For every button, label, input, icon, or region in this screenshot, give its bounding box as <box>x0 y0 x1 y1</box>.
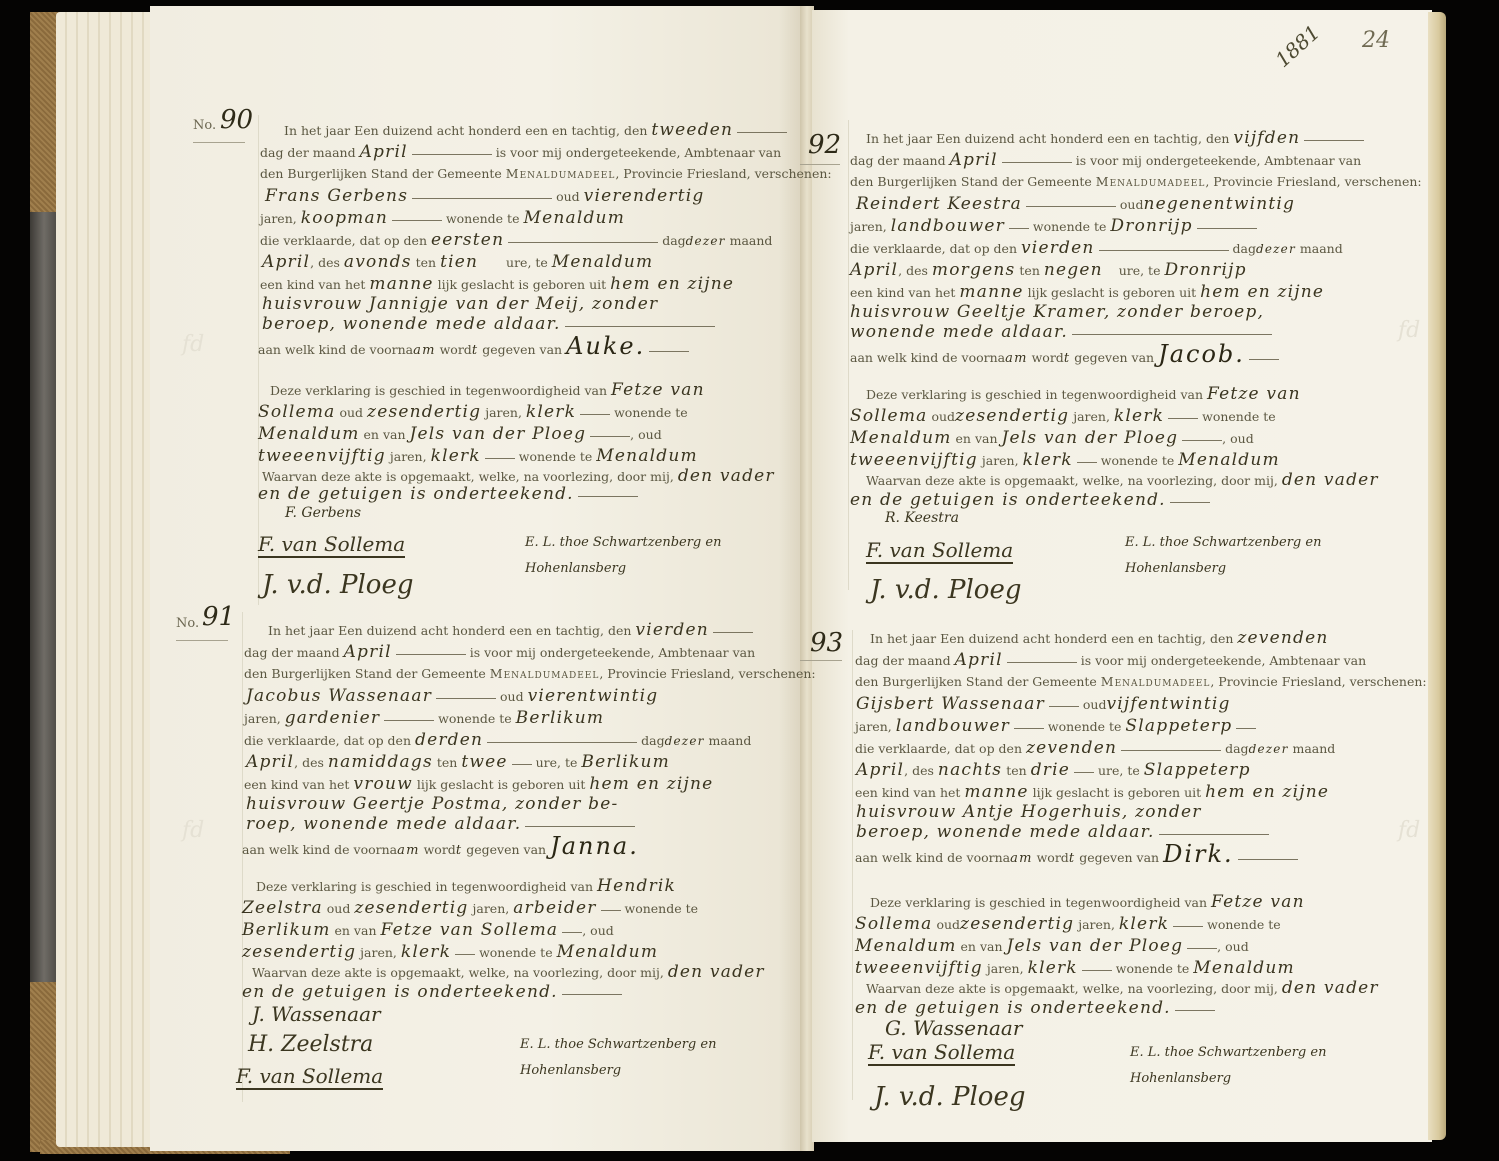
printed-text: Deze verklaring is geschied in tegenwoor… <box>256 879 593 894</box>
registration-day: vierden <box>635 620 709 640</box>
child-given-name: Jacob. <box>1158 340 1245 368</box>
witness-2-name: Jels van der Ploeg <box>1007 936 1184 956</box>
parents-line-3: roep, wonende mede aldaar. <box>246 814 521 834</box>
printed-text: wonende te <box>446 211 520 226</box>
birth-day: derden <box>415 730 483 750</box>
declaration-line-6: en de getuigen is onderteekend. <box>855 1000 1215 1017</box>
printed-text: word <box>424 842 456 857</box>
witness-1-surname: Zeelstra <box>242 898 323 918</box>
witness-2-residence: Menaldum <box>1193 958 1295 978</box>
declaration-line-2: Zeelstra oud zesendertig jaren, arbeider… <box>242 900 698 917</box>
record-no-label: No. <box>193 118 216 133</box>
printed-text: aan welk kind de voorna <box>258 342 413 357</box>
form-line-11: aan welk kind de voornaam wordt gegeven … <box>258 338 689 359</box>
witness-2-age: tweeenvijftig <box>850 450 978 470</box>
printed-text: een kind van het <box>850 285 955 300</box>
child-given-name: Janna. <box>550 832 639 860</box>
declaration-line-5: Waarvan deze akte is opgemaakt, welke, n… <box>866 980 1379 997</box>
bleed-through-mark: fd <box>1398 318 1420 343</box>
signature-witness-1: H. Zeelstra <box>248 1032 373 1057</box>
printed-text: gegeven van <box>466 842 546 857</box>
witness-1-residence: Berlikum <box>242 920 331 940</box>
printed-text: ure, te <box>506 255 548 270</box>
printed-text: is voor mij ondergeteekende, Ambtenaar v… <box>470 645 755 660</box>
declaration-line-4: tweeenvijftig jaren, klerk wonende te Me… <box>258 448 698 465</box>
birth-day: zevenden <box>1026 738 1117 758</box>
signature-witness-2: J. v.d. Ploeg <box>262 570 413 600</box>
form-line-5: jaren, landbouwer wonende te Dronrijp <box>850 218 1257 235</box>
form-line-7: April, des nachts ten drie ure, te Slapp… <box>856 762 1251 779</box>
signers-line-1: den vader <box>1282 470 1379 490</box>
printed-text: maand <box>1293 741 1336 756</box>
printed-text: Deze verklaring is geschied in tegenwoor… <box>270 383 607 398</box>
declaration-line-5: Waarvan deze akte is opgemaakt, welke, n… <box>252 964 765 981</box>
printed-text: In het jaar Een duizend acht honderd een… <box>866 131 1229 146</box>
signature-witness-1: F. van Sollema <box>866 538 1013 564</box>
printed-text: jaren, <box>850 219 887 234</box>
printed-text: In het jaar Een duizend acht honderd een… <box>870 631 1233 646</box>
witness-2-occupation: klerk <box>431 446 481 466</box>
form-line-4: Reindert Keestra oudnegenentwintig <box>856 196 1295 213</box>
form-line-10: wonende mede aldaar. <box>850 324 1272 341</box>
printed-text: jaren, <box>244 711 281 726</box>
witness-1-surname: Sollema <box>258 402 335 422</box>
printed-text: dag <box>1225 741 1248 756</box>
declaration-line-3: Menaldum en van Jels van der Ploeg , oud <box>855 938 1249 955</box>
birth-place: Slappeterp <box>1144 760 1251 780</box>
printed-text: dag der maand <box>855 653 951 668</box>
declaration-line-4: zesendertig jaren, klerk wonende te Mena… <box>242 944 658 961</box>
printed-text: die verklaarde, dat op den <box>850 241 1017 256</box>
voornaam-suffix: am <box>413 343 435 358</box>
municipality-name: Menaldumadeel <box>506 166 616 181</box>
printed-text: jaren, <box>982 453 1019 468</box>
printed-text: Deze verklaring is geschied in tegenwoor… <box>866 387 1203 402</box>
witness-1-occupation: klerk <box>526 402 576 422</box>
form-line-8: een kind van het manne lijk geslacht is … <box>850 284 1324 301</box>
printed-text: ten <box>437 755 457 770</box>
form-line-9: huisvrouw Jannigje van der Meij, zonder <box>262 296 658 313</box>
declaration-line-6: en de getuigen is onderteekend. <box>242 984 622 1001</box>
printed-text: , Provincie Friesland, verschenen: <box>615 166 831 181</box>
printed-text: oud <box>1083 697 1107 712</box>
form-line-8: een kind van het manne lijk geslacht is … <box>260 276 734 293</box>
birth-hour: negen <box>1044 260 1103 280</box>
witness-1-age: zesendertig <box>367 402 481 422</box>
printed-text: en van <box>956 431 998 446</box>
printed-text: , oud <box>582 923 614 938</box>
signers-line-2: en de getuigen is onderteekend. <box>855 998 1171 1018</box>
form-line-11: aan welk kind de voornaam wordt gegeven … <box>855 846 1298 867</box>
witness-2-residence: Menaldum <box>557 942 659 962</box>
wordt-suffix: t <box>472 343 478 358</box>
printed-text: wonende te <box>1033 219 1107 234</box>
witness-2-name: Jels van der Ploeg <box>410 424 587 444</box>
form-line-3: den Burgerlijken Stand der Gemeente Mena… <box>244 666 816 682</box>
form-line-5: jaren, gardenier wonende te Berlikum <box>244 710 604 727</box>
witness-1-name: Fetze van <box>1207 384 1301 404</box>
printed-text: , Provincie Friesland, verschenen: <box>599 666 815 681</box>
form-line-10: beroep, wonende mede aldaar. <box>262 316 715 333</box>
printed-text: word <box>1032 350 1064 365</box>
witness-2-residence: Menaldum <box>1178 450 1280 470</box>
dezer-word: dezer <box>665 734 705 748</box>
form-line-9: huisvrouw Antje Hogerhuis, zonder <box>856 804 1202 821</box>
printed-text: In het jaar Een duizend acht honderd een… <box>268 623 631 638</box>
declarant-residence: Slappeterp <box>1125 716 1232 736</box>
printed-text: Deze verklaring is geschied in tegenwoor… <box>870 895 1207 910</box>
parents-line-2: huisvrouw Geertje Postma, zonder be- <box>246 794 618 814</box>
child-given-name: Auke. <box>566 332 645 360</box>
signature-declarant: F. Gerbens <box>285 505 361 521</box>
witness-2-age: tweeenvijftig <box>855 958 983 978</box>
printed-text: dag der maand <box>850 153 946 168</box>
bleed-through-mark: fd <box>182 818 204 843</box>
printed-text: , des <box>904 763 934 778</box>
child-sex: manne <box>959 282 1023 302</box>
form-line-9: huisvrouw Geertje Postma, zonder be- <box>246 796 618 813</box>
printed-text: jaren, <box>360 945 397 960</box>
printed-text: gegeven van <box>482 342 562 357</box>
registration-day: vijfden <box>1233 128 1300 148</box>
bleed-through-mark: fd <box>1398 818 1420 843</box>
voornaam-suffix: am <box>397 843 419 858</box>
declaration-line-4: tweeenvijftig jaren, klerk wonende te Me… <box>850 452 1280 469</box>
signature-declarant: R. Keestra <box>885 510 959 526</box>
form-line-4: Frans Gerbens oud vierendertig <box>265 188 705 205</box>
parents-line-1: hem en zijne <box>1205 782 1329 802</box>
form-frame-line <box>852 630 853 1100</box>
signature-declarant: J. Wassenaar <box>252 1002 381 1026</box>
declaration-line-2: Sollema oud zesendertig jaren, klerk won… <box>258 404 688 421</box>
witness-2-residence: Menaldum <box>596 446 698 466</box>
declarant-age: vijfentwintig <box>1106 694 1230 714</box>
printed-text: , Provincie Friesland, verschenen: <box>1210 674 1426 689</box>
witness-2-name: Jels van der Ploeg <box>1002 428 1179 448</box>
declarant-occupation: landbouwer <box>891 216 1005 236</box>
form-line-1: In het jaar Een duizend acht honderd een… <box>284 122 787 139</box>
declarant-residence: Dronrijp <box>1110 216 1192 236</box>
form-line-2: dag der maand April is voor mij onderget… <box>260 144 781 161</box>
printed-text: maand <box>709 733 752 748</box>
time-of-day: avonds <box>344 252 412 272</box>
printed-text: wonende te <box>614 405 688 420</box>
printed-text: wonende te <box>1202 409 1276 424</box>
birth-month: April <box>246 752 294 772</box>
printed-text: ure, te <box>536 755 578 770</box>
signature-declarant: G. Wassenaar <box>885 1016 1022 1040</box>
form-line-3: den Burgerlijken Stand der Gemeente Mena… <box>855 674 1427 690</box>
declarant-name: Gijsbert Wassenaar <box>856 694 1045 714</box>
printed-text: een kind van het <box>260 277 365 292</box>
municipality-name: Menaldumadeel <box>1096 174 1206 189</box>
witness-1-occupation: klerk <box>1119 914 1169 934</box>
birth-month: April <box>262 252 310 272</box>
record-number: 91 <box>202 602 235 632</box>
signature-witness-1: F. van Sollema <box>868 1040 1015 1066</box>
signers-line-1: den vader <box>678 466 775 486</box>
parents-line-3: beroep, wonende mede aldaar. <box>262 314 561 334</box>
witness-2-name: Fetze van Sollema <box>381 920 559 940</box>
form-line-5: jaren, koopman wonende te Menaldum <box>260 210 625 227</box>
form-line-2: dag der maand April is voor mij onderget… <box>244 644 755 661</box>
declaration-line-2: Sollema oudzesendertig jaren, klerk wone… <box>850 408 1276 425</box>
signature-witness-1: F. van Sollema <box>258 532 405 558</box>
time-of-day: namiddags <box>328 752 433 772</box>
printed-text: dag <box>662 233 685 248</box>
printed-text: een kind van het <box>855 785 960 800</box>
signature-witness-2: J. v.d. Ploeg <box>874 1082 1025 1112</box>
declaration-line-1: Deze verklaring is geschied in tegenwoor… <box>270 382 705 399</box>
printed-text: oud <box>936 917 960 932</box>
declarant-occupation: gardenier <box>285 708 380 728</box>
registration-month: April <box>344 642 392 662</box>
printed-text: wonende te <box>625 901 699 916</box>
birth-day: eersten <box>431 230 504 250</box>
form-line-7: April, des namiddags ten twee ure, te Be… <box>246 754 670 771</box>
wordt-suffix: t <box>1069 851 1075 866</box>
municipality-name: Menaldumadeel <box>1101 674 1211 689</box>
printed-text: gegeven van <box>1074 350 1154 365</box>
declarant-residence: Berlikum <box>516 708 605 728</box>
declaration-line-6: en de getuigen is onderteekend. <box>850 492 1210 509</box>
printed-text: jaren, <box>1078 917 1115 932</box>
signature-registrar: E. L. thoe Schwartzenberg en Hohenlansbe… <box>525 530 745 582</box>
printed-text: dag der maand <box>244 645 340 660</box>
witness-1-surname: Sollema <box>850 406 927 426</box>
printed-text: ure, te <box>1119 263 1161 278</box>
signature-witness-2: J. v.d. Ploeg <box>870 575 1021 605</box>
printed-text: ure, te <box>1098 763 1140 778</box>
declarant-name: Jacobus Wassenaar <box>246 686 432 706</box>
form-line-8: een kind van het manne lijk geslacht is … <box>855 784 1329 801</box>
municipality-name: Menaldumadeel <box>490 666 600 681</box>
signers-line-2: en de getuigen is onderteekend. <box>242 982 558 1002</box>
declarant-name: Frans Gerbens <box>265 186 408 206</box>
folio-number: 24 <box>1362 28 1390 53</box>
printed-text: word <box>1037 850 1069 865</box>
declaration-line-6: en de getuigen is onderteekend. <box>258 486 638 503</box>
time-of-day: nachts <box>938 760 1002 780</box>
form-line-4: Gijsbert Wassenaar oudvijfentwintig <box>856 696 1231 713</box>
printed-text: oud <box>556 189 580 204</box>
printed-text: aan welk kind de voorna <box>242 842 397 857</box>
number-rule <box>176 640 228 641</box>
birth-place: Berlikum <box>581 752 670 772</box>
registration-month: April <box>950 150 998 170</box>
printed-text: wonende te <box>519 449 593 464</box>
witness-1-surname: Sollema <box>855 914 932 934</box>
printed-text: is voor mij ondergeteekende, Ambtenaar v… <box>1076 153 1361 168</box>
witness-1-residence: Menaldum <box>850 428 952 448</box>
parents-line-2: huisvrouw Geeltje Kramer, zonder beroep, <box>850 302 1264 322</box>
time-of-day: morgens <box>932 260 1016 280</box>
printed-text: en van <box>335 923 377 938</box>
printed-text: , oud <box>1222 431 1254 446</box>
birth-place: Dronrijp <box>1164 260 1246 280</box>
form-line-7: April, des morgens ten negen ure, te Dro… <box>850 262 1247 279</box>
parents-line-1: hem en zijne <box>589 774 713 794</box>
printed-text: is voor mij ondergeteekende, Ambtenaar v… <box>1081 653 1366 668</box>
printed-text: den Burgerlijken Stand der Gemeente <box>244 666 486 681</box>
form-line-1: In het jaar Een duizend acht honderd een… <box>870 630 1329 647</box>
printed-text: jaren, <box>473 901 510 916</box>
declarant-age: negenentwintig <box>1143 194 1295 214</box>
birth-day: vierden <box>1021 238 1095 258</box>
printed-text: jaren, <box>855 719 892 734</box>
voornaam-suffix: am <box>1005 351 1027 366</box>
witness-1-age: zesendertig <box>354 898 468 918</box>
declaration-line-3: Menaldum en van Jels van der Ploeg , oud <box>850 430 1254 447</box>
witness-1-age: zesendertig <box>960 914 1074 934</box>
birth-hour: drie <box>1031 760 1070 780</box>
witness-2-occupation: klerk <box>401 942 451 962</box>
witness-1-occupation: klerk <box>1114 406 1164 426</box>
form-line-8: een kind van het vrouw lijk geslacht is … <box>244 776 713 793</box>
printed-text: is voor mij ondergeteekende, Ambtenaar v… <box>496 145 781 160</box>
dezer-word: dezer <box>1256 242 1296 256</box>
child-sex: manne <box>369 274 433 294</box>
witness-2-occupation: klerk <box>1023 450 1073 470</box>
printed-text: dag <box>1233 241 1256 256</box>
printed-text: jaren, <box>1073 409 1110 424</box>
printed-text: jaren, <box>987 961 1024 976</box>
printed-text: aan welk kind de voorna <box>850 350 1005 365</box>
printed-text: oud <box>327 901 351 916</box>
form-line-1: In het jaar Een duizend acht honderd een… <box>268 622 753 639</box>
witness-2-age: zesendertig <box>242 942 356 962</box>
printed-text: oud <box>1120 197 1144 212</box>
printed-text: oud <box>931 409 955 424</box>
printed-text: gegeven van <box>1079 850 1159 865</box>
form-line-10: beroep, wonende mede aldaar. <box>856 824 1269 841</box>
form-line-6: die verklaarde, dat op den vierden dagde… <box>850 240 1343 257</box>
birth-hour: twee <box>461 752 507 772</box>
record-no-label: No. <box>176 616 199 631</box>
printed-text: ten <box>1006 763 1026 778</box>
printed-text: maand <box>1300 241 1343 256</box>
declarant-occupation: landbouwer <box>896 716 1010 736</box>
signers-line-2: en de getuigen is onderteekend. <box>850 490 1166 510</box>
signature-registrar: E. L. thoe Schwartzenberg en Hohenlansbe… <box>520 1032 740 1084</box>
registration-day: zevenden <box>1237 628 1328 648</box>
witness-2-age: tweeenvijftig <box>258 446 386 466</box>
declaration-line-3: Menaldum en van Jels van der Ploeg , oud <box>258 426 662 443</box>
form-line-3: den Burgerlijken Stand der Gemeente Mena… <box>260 166 832 182</box>
form-line-11: aan welk kind de voornaam wordt gegeven … <box>850 346 1279 367</box>
printed-text: die verklaarde, dat op den <box>260 233 427 248</box>
printed-text: , des <box>898 263 928 278</box>
printed-text: ten <box>416 255 436 270</box>
printed-text: aan welk kind de voorna <box>855 850 1010 865</box>
printed-text: , des <box>294 755 324 770</box>
printed-text: In het jaar Een duizend acht honderd een… <box>284 123 647 138</box>
birth-hour: tien <box>440 252 478 272</box>
number-rule <box>800 660 842 661</box>
declarant-residence: Menaldum <box>523 208 625 228</box>
printed-text: die verklaarde, dat op den <box>244 733 411 748</box>
printed-text: oud <box>500 689 524 704</box>
record-number: 92 <box>808 130 841 160</box>
declaration-line-3: Berlikum en van Fetze van Sollema , oud <box>242 922 614 939</box>
parents-line-2: huisvrouw Jannigje van der Meij, zonder <box>262 294 658 314</box>
printed-text: lijk geslacht is geboren uit <box>1028 285 1197 300</box>
printed-text: dag <box>641 733 664 748</box>
declaration-line-5: Waarvan deze akte is opgemaakt, welke, n… <box>262 468 775 485</box>
signers-line-2: en de getuigen is onderteekend. <box>258 484 574 504</box>
printed-text: die verklaarde, dat op den <box>855 741 1022 756</box>
signature-registrar: E. L. thoe Schwartzenberg en Hohenlansbe… <box>1125 530 1355 582</box>
form-line-7: April, des avonds ten tien ure, te Menal… <box>262 254 653 271</box>
dezer-word: dezer <box>686 234 726 248</box>
printed-text: wonende te <box>438 711 512 726</box>
printed-text: wonende te <box>1207 917 1281 932</box>
form-line-5: jaren, landbouwer wonende te Slappeterp <box>855 718 1256 735</box>
printed-text: den Burgerlijken Stand der Gemeente <box>260 166 502 181</box>
number-rule <box>800 164 840 165</box>
printed-text: wonende te <box>1101 453 1175 468</box>
parents-line-1: hem en zijne <box>610 274 734 294</box>
signers-line-1: den vader <box>668 962 765 982</box>
printed-text: oud <box>339 405 363 420</box>
printed-text: wonende te <box>1048 719 1122 734</box>
record-number: 93 <box>810 628 843 658</box>
wordt-suffix: t <box>1064 351 1070 366</box>
witness-2-occupation: klerk <box>1028 958 1078 978</box>
printed-text: den Burgerlijken Stand der Gemeente <box>855 674 1097 689</box>
printed-text: , oud <box>1217 939 1249 954</box>
witness-1-name: Fetze van <box>611 380 705 400</box>
record-number: 90 <box>220 105 253 135</box>
printed-text: , des <box>310 255 340 270</box>
printed-text: Waarvan deze akte is opgemaakt, welke, n… <box>262 469 674 484</box>
declarant-age: vierentwintig <box>528 686 659 706</box>
signature-registrar: E. L. thoe Schwartzenberg en Hohenlansbe… <box>1130 1040 1360 1092</box>
witness-1-name: Hendrik <box>597 876 676 896</box>
printed-text: en van <box>961 939 1003 954</box>
form-line-6: die verklaarde, dat op den zevenden dagd… <box>855 740 1335 757</box>
child-given-name: Dirk. <box>1163 840 1234 868</box>
printed-text: den Burgerlijken Stand der Gemeente <box>850 174 1092 189</box>
printed-text: jaren, <box>485 405 522 420</box>
declaration-line-4: tweeenvijftig jaren, klerk wonende te Me… <box>855 960 1295 977</box>
declaration-line-1: Deze verklaring is geschied in tegenwoor… <box>256 878 676 895</box>
printed-text: lijk geslacht is geboren uit <box>1033 785 1202 800</box>
form-frame-line <box>848 120 849 590</box>
printed-text: , oud <box>630 427 662 442</box>
witness-1-occupation: arbeider <box>513 898 596 918</box>
printed-text: word <box>440 342 472 357</box>
form-line-11: aan welk kind de voornaam wordt gegeven … <box>242 838 639 859</box>
child-sex: vrouw <box>353 774 412 794</box>
form-line-6: die verklaarde, dat op den derden dagdez… <box>244 732 751 749</box>
printed-text: jaren, <box>260 211 297 226</box>
bleed-through-mark: fd <box>182 332 204 357</box>
form-line-2: dag der maand April is voor mij onderget… <box>855 652 1366 669</box>
form-line-4: Jacobus Wassenaar oud vierentwintig <box>246 688 658 705</box>
printed-text: dag der maand <box>260 145 356 160</box>
printed-text: jaren, <box>390 449 427 464</box>
birth-month: April <box>856 760 904 780</box>
page-edge-right <box>1428 12 1446 1140</box>
declarant-occupation: koopman <box>301 208 388 228</box>
declaration-line-1: Deze verklaring is geschied in tegenwoor… <box>870 894 1305 911</box>
child-sex: manne <box>964 782 1028 802</box>
registration-month: April <box>955 650 1003 670</box>
printed-text: en van <box>364 427 406 442</box>
parents-line-3: beroep, wonende mede aldaar. <box>856 822 1155 842</box>
witness-1-residence: Menaldum <box>258 424 360 444</box>
